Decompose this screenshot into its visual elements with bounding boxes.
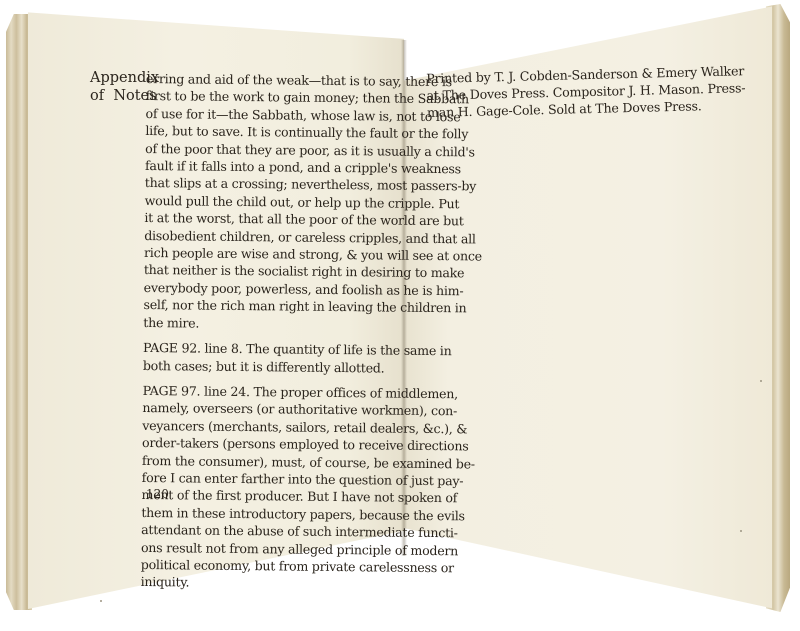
text-line: self, nor the rich man right in leaving … <box>143 296 393 316</box>
text-line: order-takers (persons employed to receiv… <box>142 434 392 454</box>
paper-speck <box>740 530 742 532</box>
text-line: life, but to save. It is continually the… <box>145 122 395 142</box>
appendix-notes-text: erring and aid of the weak—that is to sa… <box>141 70 396 593</box>
paper-speck <box>760 380 762 382</box>
open-book-photo: Appendix of Notes erring and aid of the … <box>0 0 800 631</box>
paragraph-page-97-note: PAGE 97. line 24. The proper offices of … <box>141 382 393 593</box>
colophon: Printed by T. J. Cobden-Sanderson & Emer… <box>426 63 727 121</box>
text-line: ment of the first producer. But I have n… <box>141 486 391 506</box>
text-line: both cases; but it is differently allott… <box>143 356 393 376</box>
paragraph-page-92-note: PAGE 92. line 8. The quantity of life is… <box>143 339 393 376</box>
text-line: attendant on the abuse of such intermedi… <box>141 521 391 541</box>
text-line: PAGE 92. line 8. The quantity of life is… <box>143 339 393 359</box>
page-number: 120 <box>146 487 169 501</box>
text-line: it at the worst, that all the poor of th… <box>144 209 394 229</box>
text-line: namely, overseers (or authoritative work… <box>142 399 392 419</box>
paragraph-ruskin-excerpt: erring and aid of the weak—that is to sa… <box>143 70 396 334</box>
text-line: the mire. <box>143 314 393 334</box>
text-line: iniquity. <box>141 573 391 593</box>
paper-speck <box>100 600 102 602</box>
